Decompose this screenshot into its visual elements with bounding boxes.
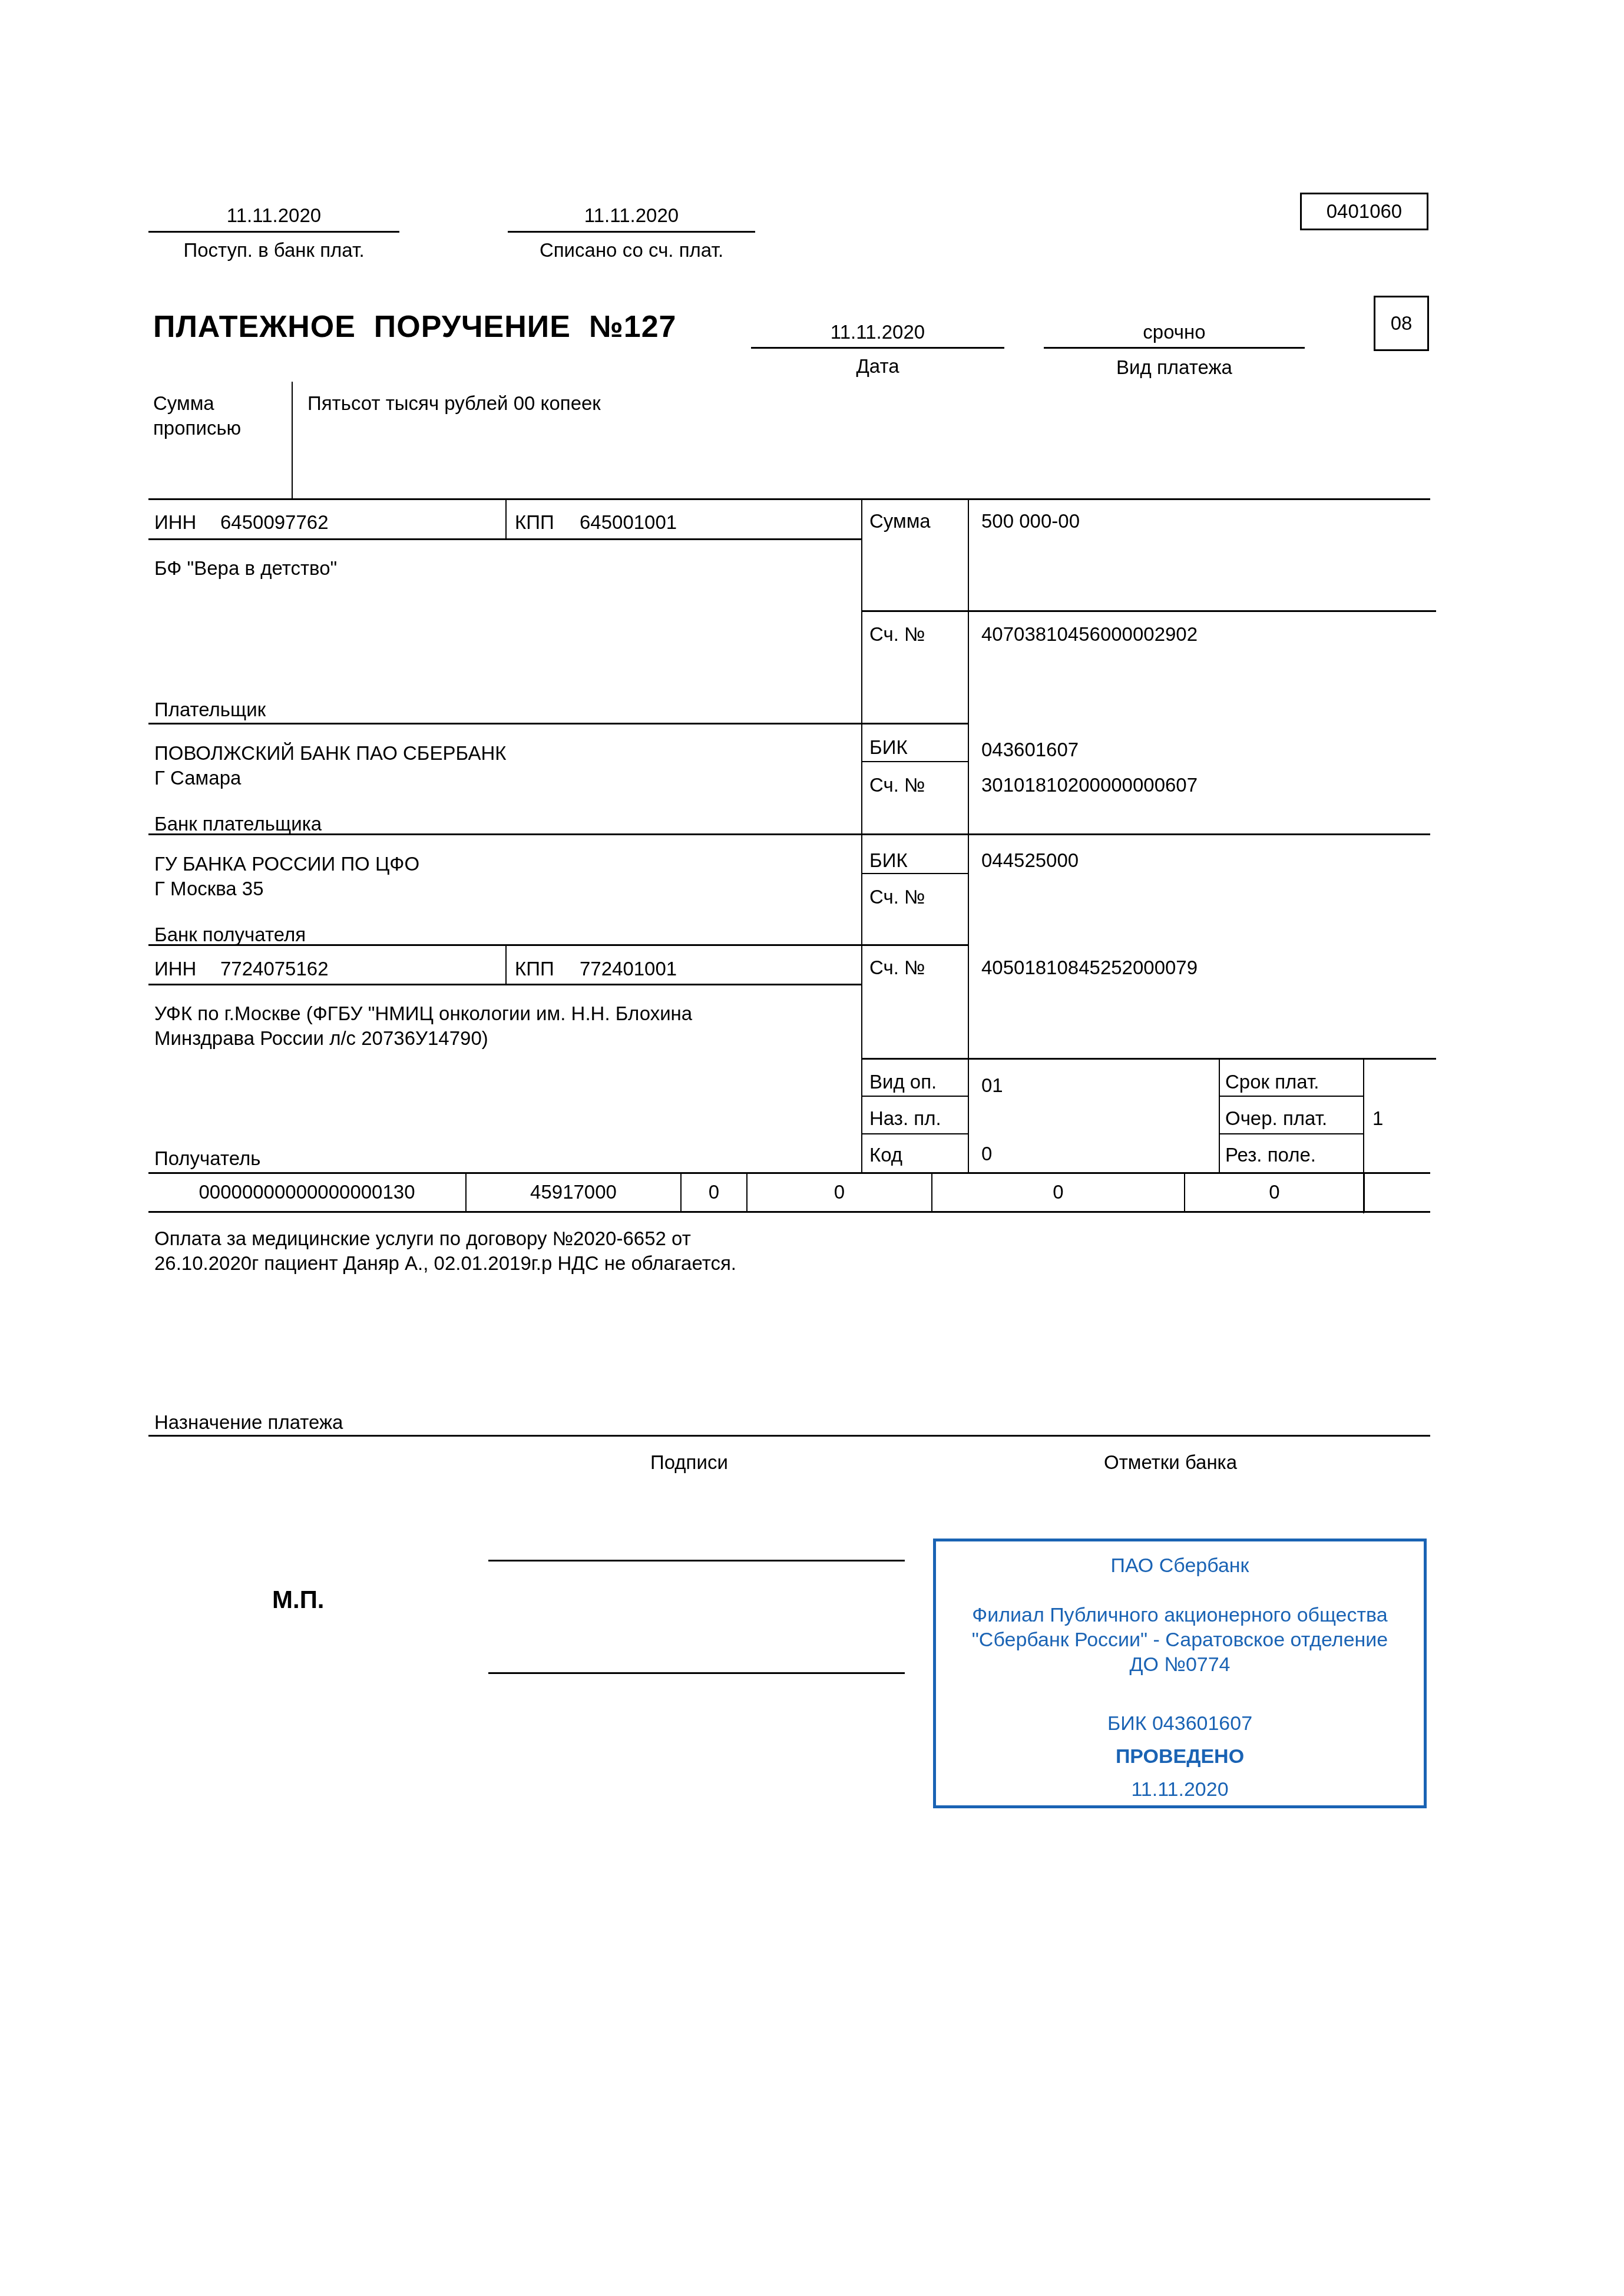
amount-words-label-2: прописью bbox=[153, 416, 241, 440]
payee-name-line-2: Минздрава России л/с 20736У14790) bbox=[154, 1026, 488, 1050]
signature-line-2[interactable] bbox=[488, 1672, 905, 1674]
payee-bank-city: Г Москва 35 bbox=[154, 876, 264, 901]
received-date: 11.11.2020 bbox=[148, 203, 399, 227]
rule-priority bbox=[1219, 1133, 1364, 1134]
payee-bank-bik: 044525000 bbox=[981, 848, 1079, 872]
stamp-bik: БИК 043601607 bbox=[936, 1712, 1424, 1735]
payer-bank-bik: 043601607 bbox=[981, 737, 1079, 762]
stamp-branch-line-3: ДО №0774 bbox=[936, 1653, 1424, 1676]
payer-inn-kpp-divider bbox=[505, 498, 507, 540]
stamp-branch-line-2: "Сбербанк России" - Саратовское отделени… bbox=[936, 1629, 1424, 1652]
document-title: ПЛАТЕЖНОЕ ПОРУЧЕНИЕ №127 bbox=[153, 309, 676, 345]
bank-stamp: ПАО Сбербанк Филиал Публичного акционерн… bbox=[933, 1539, 1427, 1808]
stamp-date: 11.11.2020 bbox=[936, 1778, 1424, 1801]
tax-field-5: 0 bbox=[932, 1173, 1185, 1211]
debited-date: 11.11.2020 bbox=[508, 203, 755, 227]
payer-account: 40703810456000002902 bbox=[981, 622, 1198, 646]
amount-words-divider bbox=[292, 382, 293, 499]
amount-label: Сумма bbox=[869, 509, 931, 533]
payer-inn: 6450097762 bbox=[220, 510, 329, 534]
payer-inn-label: ИНН bbox=[154, 510, 196, 534]
rule-payer-bottom bbox=[148, 723, 968, 724]
due-label: Срок плат. bbox=[1225, 1070, 1319, 1094]
payee-bank-account-label: Сч. № bbox=[869, 885, 925, 909]
rule-payer-bank-bottom bbox=[148, 833, 1430, 835]
rule-amount-bottom bbox=[148, 498, 1430, 500]
center-divider bbox=[861, 498, 862, 1172]
document-date-label: Дата bbox=[751, 354, 1004, 378]
payee-account-label: Сч. № bbox=[869, 955, 925, 980]
payment-purpose-label: Назначение платежа bbox=[154, 1410, 343, 1434]
code-value: 0 bbox=[981, 1142, 992, 1166]
payer-bank-account-label: Сч. № bbox=[869, 773, 925, 797]
payer-bank-bik-label: БИК bbox=[869, 735, 908, 759]
op-type-value: 01 bbox=[981, 1073, 1003, 1097]
payee-bank-name: ГУ БАНКА РОССИИ ПО ЦФО bbox=[154, 852, 419, 876]
rule-due bbox=[1219, 1096, 1364, 1097]
payee-account: 40501810845252000079 bbox=[981, 955, 1198, 980]
payment-type-line bbox=[1044, 347, 1305, 349]
priority-label: Очер. плат. bbox=[1225, 1106, 1327, 1130]
payer-bank-city: Г Самара bbox=[154, 766, 241, 790]
rule-op-type bbox=[862, 1096, 968, 1097]
tax-field-6: 0 bbox=[1185, 1173, 1365, 1211]
form-code-box: 0401060 bbox=[1300, 193, 1428, 230]
payee-kpp-label: КПП bbox=[515, 957, 554, 981]
priority-value: 1 bbox=[1372, 1106, 1383, 1130]
stamp-branch-line-1: Филиал Публичного акционерного общества bbox=[936, 1604, 1424, 1627]
document-date-line bbox=[751, 347, 1004, 349]
payee-inn: 7724075162 bbox=[220, 957, 329, 981]
rule-payee-inn-bottom bbox=[148, 984, 861, 985]
debited-date-line bbox=[508, 231, 755, 233]
payer-kpp-label: КПП bbox=[515, 510, 554, 534]
tax-field-3: 0 bbox=[682, 1173, 747, 1211]
tax-field-4: 0 bbox=[747, 1173, 932, 1211]
amount-words-label-1: Сумма bbox=[153, 391, 214, 415]
payer-bank-account: 30101810200000000607 bbox=[981, 773, 1198, 797]
signature-line-1[interactable] bbox=[488, 1560, 905, 1561]
tax-fields-row: 00000000000000000130459170000000 bbox=[148, 1173, 1430, 1211]
payer-kpp: 645001001 bbox=[580, 510, 677, 534]
payer-account-label: Сч. № bbox=[869, 622, 925, 646]
payee-name-line-1: УФК по г.Москве (ФГБУ "НМИЦ онкологии им… bbox=[154, 1001, 692, 1025]
status-code-box: 08 bbox=[1374, 296, 1429, 351]
payer-label: Плательщик bbox=[154, 697, 266, 722]
rule-purpose-code bbox=[862, 1133, 968, 1134]
op-type-label: Вид оп. bbox=[869, 1070, 937, 1094]
amount-words-value: Пятьсот тысяч рублей 00 копеек bbox=[307, 391, 601, 415]
rule-payer-bank-bik bbox=[862, 761, 968, 762]
payee-bank-label: Банк получателя bbox=[154, 922, 306, 947]
rule-payee-bank-bottom bbox=[148, 944, 968, 946]
received-date-line bbox=[148, 231, 399, 233]
payer-bank-name: ПОВОЛЖСКИЙ БАНК ПАО СБЕРБАНК bbox=[154, 741, 507, 765]
payee-kpp: 772401001 bbox=[580, 957, 677, 981]
rule-payer-inn-bottom bbox=[148, 538, 861, 540]
payment-type-label: Вид платежа bbox=[1044, 355, 1305, 379]
payer-name: БФ "Вера в детство" bbox=[154, 556, 337, 580]
op-right-label-divider bbox=[1219, 1058, 1220, 1172]
rule-tax-bottom bbox=[148, 1211, 1430, 1213]
stamp-bank-name: ПАО Сбербанк bbox=[936, 1554, 1424, 1577]
rule-amount-account bbox=[862, 610, 1436, 612]
label-column-divider bbox=[968, 498, 969, 1172]
payment-type: срочно bbox=[1044, 320, 1305, 344]
tax-field-7 bbox=[1365, 1173, 1430, 1211]
reserved-label: Рез. поле. bbox=[1225, 1143, 1316, 1167]
stamp-status: ПРОВЕДЕНО bbox=[936, 1745, 1424, 1768]
payer-bank-label: Банк плательщика bbox=[154, 812, 322, 836]
rule-operation-top bbox=[862, 1058, 1436, 1060]
amount-value: 500 000-00 bbox=[981, 509, 1080, 533]
payee-inn-label: ИНН bbox=[154, 957, 196, 981]
code-label: Код bbox=[869, 1143, 902, 1167]
payee-inn-kpp-divider bbox=[505, 944, 507, 984]
signatures-label: Подписи bbox=[650, 1450, 728, 1474]
document-date: 11.11.2020 bbox=[751, 320, 1004, 344]
tax-field-2: 45917000 bbox=[467, 1173, 682, 1211]
debited-date-label: Списано со сч. плат. bbox=[508, 238, 755, 262]
seal-place-label: М.П. bbox=[272, 1586, 325, 1614]
payee-label: Получатель bbox=[154, 1146, 260, 1170]
tax-field-1: 00000000000000000130 bbox=[148, 1173, 467, 1211]
received-date-label: Поступ. в банк плат. bbox=[148, 238, 399, 262]
payment-purpose-text: Оплата за медицинские услуги по договору… bbox=[154, 1226, 773, 1276]
rule-purpose-bottom bbox=[148, 1435, 1430, 1437]
purpose-code-label: Наз. пл. bbox=[869, 1106, 941, 1130]
bank-marks-label: Отметки банка bbox=[1104, 1450, 1237, 1474]
payee-bank-bik-label: БИК bbox=[869, 848, 908, 872]
rule-payee-bank-bik bbox=[862, 873, 968, 874]
